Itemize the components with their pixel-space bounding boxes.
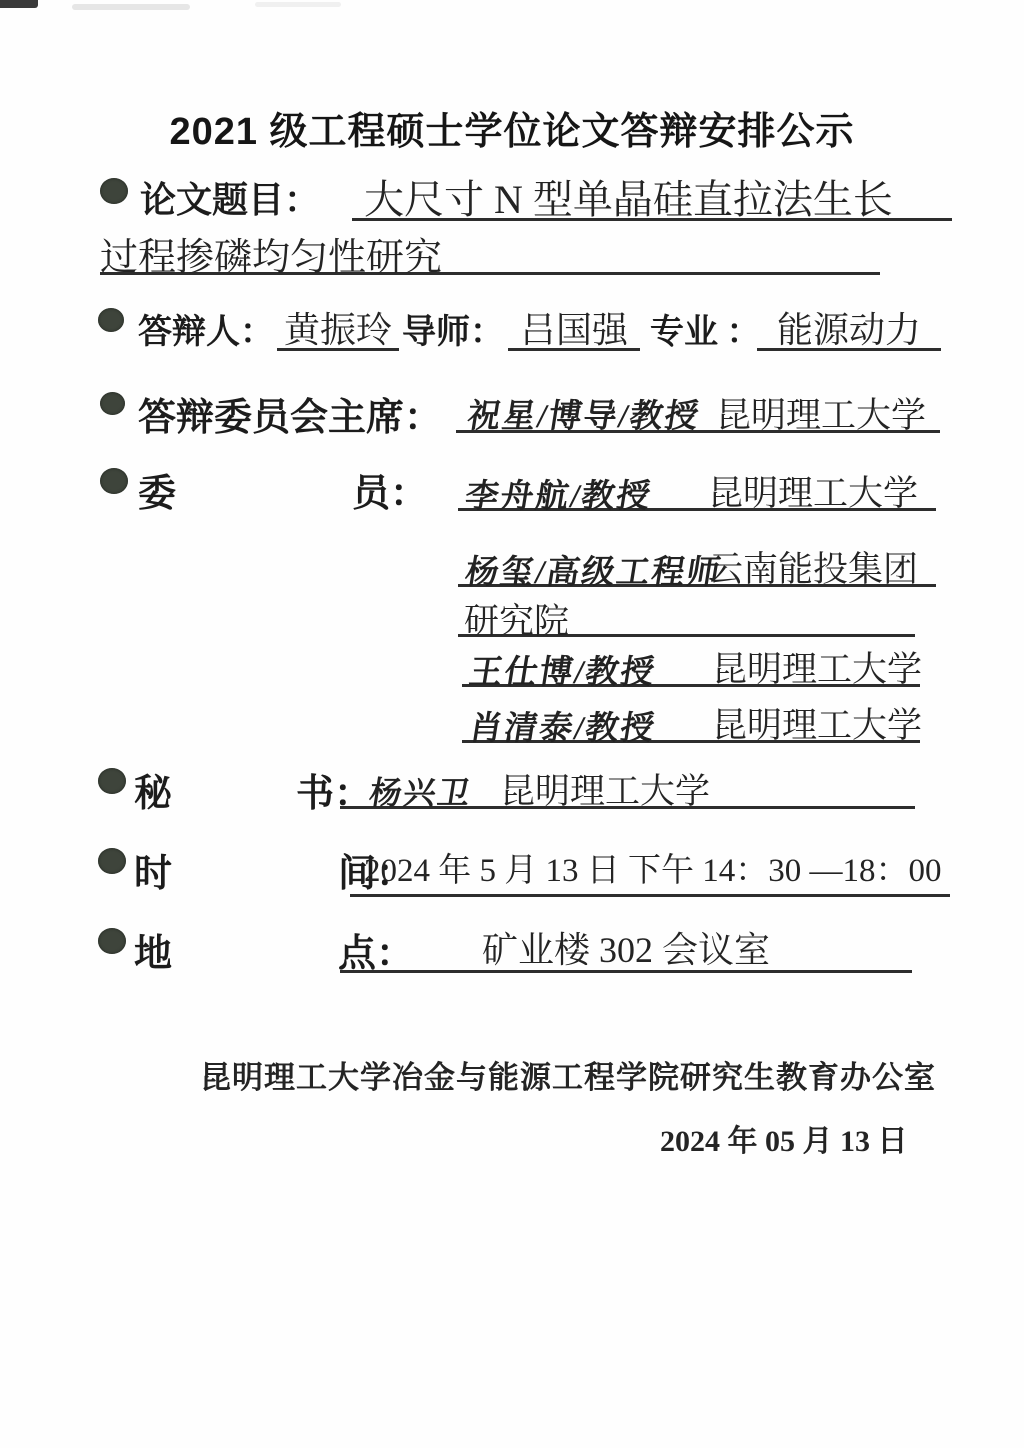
candidate-name: 黄振玲 bbox=[277, 302, 399, 351]
location-value: 矿业楼 302 会议室 bbox=[340, 920, 912, 973]
committee-member-affiliation: 云南能投集团 bbox=[708, 542, 918, 592]
chair-value: 祝星/博导/教授 昆明理工大学 bbox=[456, 384, 940, 433]
secretary-name: 杨兴卫 bbox=[366, 768, 475, 814]
time-value: 2024 年 5 月 13 日 下午 14：30 —18：00 bbox=[350, 840, 950, 897]
chair-affiliation: 昆明理工大学 bbox=[716, 388, 926, 438]
scan-artifact bbox=[0, 0, 38, 8]
scan-artifact bbox=[72, 4, 190, 10]
major-label: 专业 ： bbox=[650, 304, 761, 353]
bullet-icon bbox=[100, 392, 125, 415]
secretary-affiliation: 昆明理工大学 bbox=[500, 764, 710, 814]
scanned-announcement-page: 2021 级工程硕士学位论文答辩安排公示 论文题目： 大尺寸 N 型单晶硅直拉法… bbox=[0, 0, 1024, 1448]
bullet-icon bbox=[100, 178, 128, 204]
issue-date: 2024 年 05 月 13 日 bbox=[660, 1116, 908, 1160]
scan-artifact bbox=[255, 2, 341, 7]
page-title: 2021 级工程硕士学位论文答辩安排公示 bbox=[0, 100, 1024, 155]
advisor-name: 吕国强 bbox=[508, 302, 640, 351]
candidate-label: 答辩人： bbox=[138, 304, 274, 353]
thesis-title-label: 论文题目： bbox=[140, 172, 320, 223]
bullet-icon bbox=[100, 468, 128, 494]
committee-member-row: 杨玺/高级工程师 云南能投集团 bbox=[458, 538, 936, 587]
bullet-icon bbox=[98, 848, 126, 874]
issuing-office: 昆明理工大学冶金与能源工程学院研究生教育办公室 bbox=[200, 1052, 936, 1097]
thesis-title-line2: 过程掺磷均匀性研究 bbox=[100, 226, 880, 275]
committee-member-affiliation: 昆明理工大学 bbox=[712, 698, 922, 748]
committee-member-name: 李舟航/教授 bbox=[462, 470, 656, 517]
advisor-label: 导师： bbox=[402, 304, 504, 353]
committee-member-row: 研究院 bbox=[458, 588, 915, 637]
secretary-value: 杨兴卫 昆明理工大学 bbox=[340, 760, 915, 809]
location-label-part1: 地 bbox=[134, 922, 172, 977]
secretary-label-part1: 秘 bbox=[134, 762, 172, 817]
bullet-icon bbox=[98, 308, 124, 332]
committee-member-affiliation: 昆明理工大学 bbox=[712, 642, 922, 692]
committee-member-name: 杨玺/高级工程师 bbox=[462, 546, 726, 593]
committee-member-affiliation-continued: 研究院 bbox=[464, 594, 569, 644]
time-label-part1: 时 bbox=[134, 842, 172, 897]
thesis-title-line1: 大尺寸 N 型单晶硅直拉法生长 bbox=[352, 168, 952, 221]
committee-member-row: 肖清泰/教授 昆明理工大学 bbox=[462, 694, 920, 743]
bullet-icon bbox=[98, 928, 126, 954]
committee-label-part2: 员： bbox=[352, 462, 428, 517]
chair-label: 答辩委员会主席： bbox=[138, 386, 442, 441]
committee-member-row: 李舟航/教授 昆明理工大学 bbox=[458, 462, 936, 511]
major-value: 能源动力 bbox=[757, 302, 941, 351]
committee-member-affiliation: 昆明理工大学 bbox=[708, 466, 918, 516]
committee-member-name: 肖清泰/教授 bbox=[466, 702, 660, 749]
committee-label-part1: 委 bbox=[138, 462, 176, 517]
committee-member-name: 王仕博/教授 bbox=[466, 646, 660, 693]
time-text: 2024 年 5 月 13 日 下午 14：30 —18：00 bbox=[350, 853, 942, 889]
chair-name: 祝星/博导/教授 bbox=[464, 390, 704, 437]
bullet-icon bbox=[98, 768, 126, 794]
committee-member-row: 王仕博/教授 昆明理工大学 bbox=[462, 638, 920, 687]
